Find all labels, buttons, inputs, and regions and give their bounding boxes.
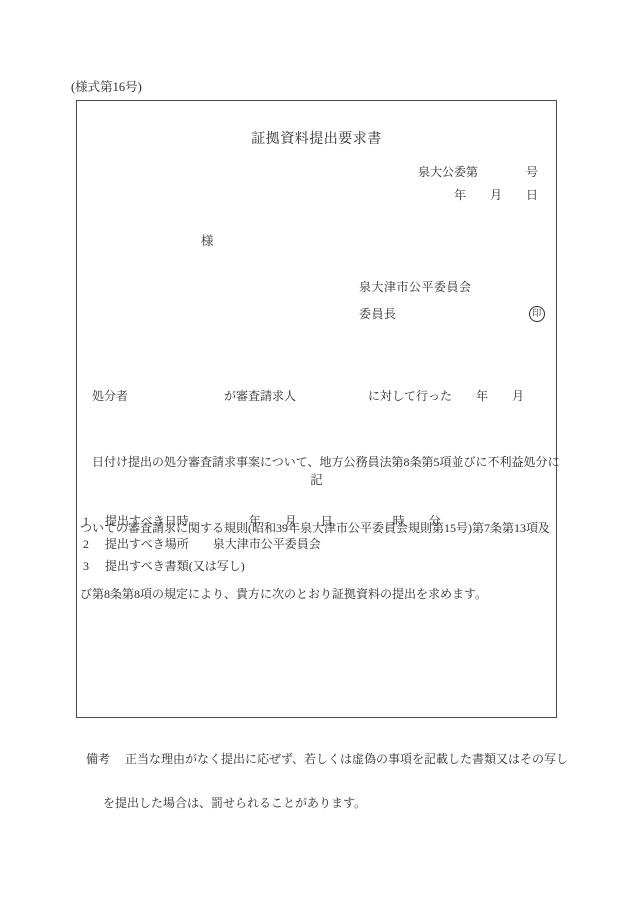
record-heading: 記 (77, 470, 556, 488)
document-page: (様式第16号) 証拠資料提出要求書 泉大公委第 号 年 月 日 様 泉大津市公… (0, 0, 630, 915)
remarks-note: 備考正当な理由がなく提出に応ぜず、若しくは虚偽の事項を記載した書類又はその写し … (68, 726, 588, 814)
document-title: 証拠資料提出要求書 (77, 128, 556, 148)
list-item-value: 年 月 日 時 分 (189, 510, 441, 533)
reference-number-line: 泉大公委第 号 (418, 163, 538, 180)
addressee-line: 様 (201, 231, 214, 249)
list-item-label: 提出すべき日時 (105, 510, 189, 533)
form-number-label: (様式第16号) (71, 77, 142, 95)
list-item-label: 提出すべき場所 (105, 533, 189, 556)
list-item: 3提出すべき書類(又は写し) (77, 555, 556, 578)
remarks-line: 備考正当な理由がなく提出に応ぜず、若しくは虚偽の事項を記載した書類又はその写し (68, 726, 588, 792)
remarks-label: 備考 (86, 752, 110, 766)
body-line: 処分者 が審査請求人 に対して行った 年 月 (80, 385, 554, 407)
issuer-organization: 泉大津市公平委員会 (359, 278, 545, 295)
issuer-title-row: 委員長 印 (359, 305, 545, 322)
seal-icon: 印 (529, 306, 545, 322)
list-item-label: 提出すべき書類(又は写し) (105, 555, 245, 578)
issuer-title: 委員長 (359, 305, 397, 322)
body-paragraph: 処分者 が審査請求人 に対して行った 年 月 日付け提出の処分審査請求事案につい… (80, 341, 554, 649)
seal-character: 印 (532, 309, 542, 318)
date-line: 年 月 日 (454, 186, 538, 203)
body-line: び第8条第8項の規定により、貴方に次のとおり証拠資料の提出を求めます。 (80, 583, 554, 605)
issuer-block: 泉大津市公平委員会 委員長 印 (359, 278, 545, 322)
document-frame: 証拠資料提出要求書 泉大公委第 号 年 月 日 様 泉大津市公平委員会 委員長 … (76, 100, 557, 718)
list-item: 2提出すべき場所 泉大津市公平委員会 (77, 533, 556, 556)
item-list: 1提出すべき日時 年 月 日 時 分 2提出すべき場所 泉大津市公平委員会 3提… (77, 510, 556, 578)
list-item-value: 泉大津市公平委員会 (189, 533, 321, 556)
remarks-text: 正当な理由がなく提出に応ぜず、若しくは虚偽の事項を記載した書類又はその写し (125, 752, 568, 766)
list-item-number: 3 (83, 555, 105, 578)
list-item-number: 1 (83, 510, 105, 533)
list-item: 1提出すべき日時 年 月 日 時 分 (77, 510, 556, 533)
list-item-number: 2 (83, 533, 105, 556)
remarks-line: を提出した場合は、罰せられることがあります。 (68, 792, 588, 814)
